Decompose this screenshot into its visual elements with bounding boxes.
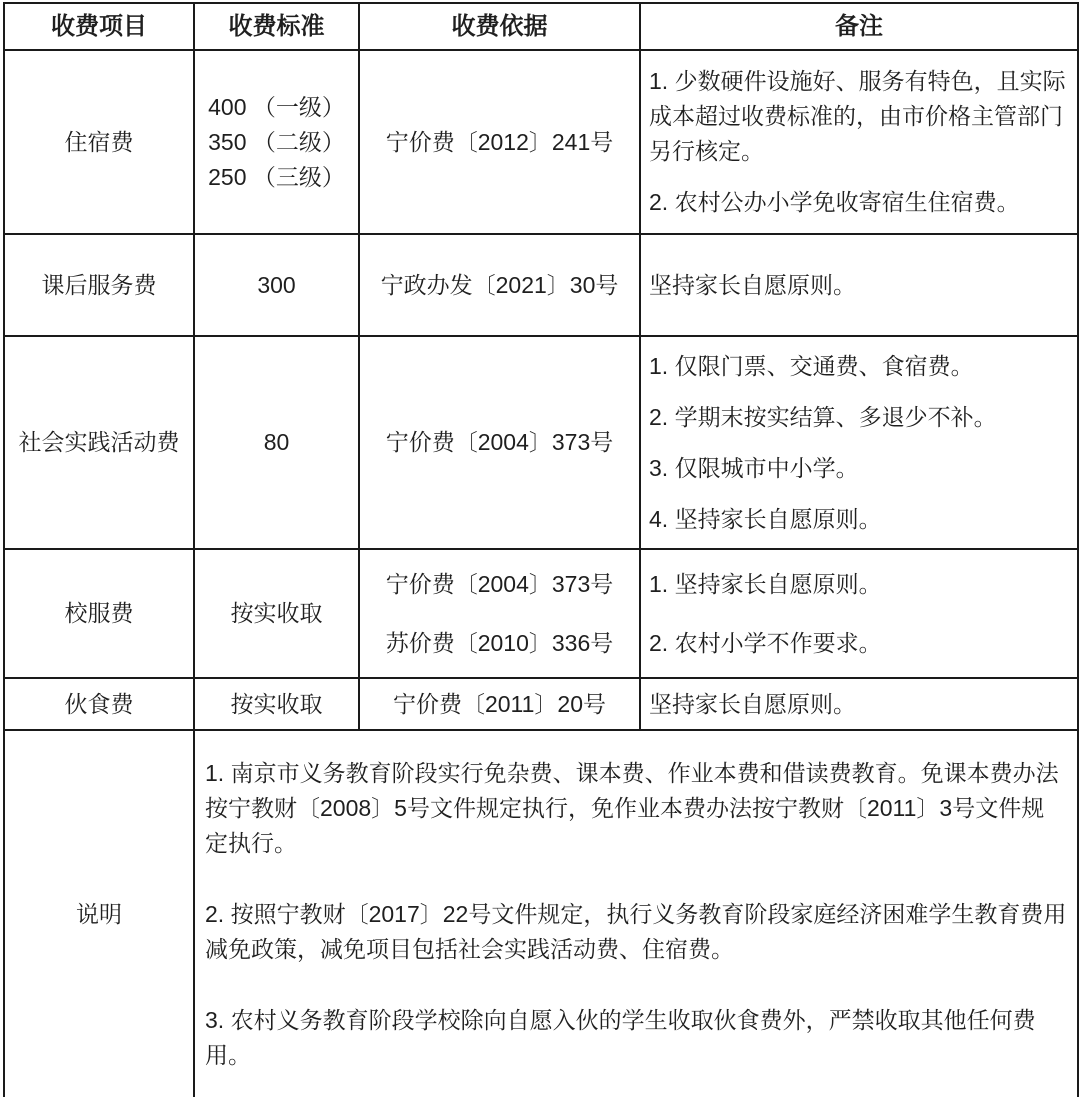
fee-basis: 宁价费〔2012〕241号 — [359, 50, 640, 234]
fee-standard: 80 — [194, 336, 359, 549]
fee-remarks: 1. 坚持家长自愿原则。 2. 农村小学不作要求。 — [640, 549, 1078, 678]
fee-standard: 按实收取 — [194, 549, 359, 678]
fee-basis: 宁价费〔2004〕373号 — [359, 336, 640, 549]
notes-label: 说明 — [4, 730, 194, 1097]
table-row-uniform: 校服费 按实收取 宁价费〔2004〕373号 苏价费〔2010〕336号 1. … — [4, 549, 1078, 678]
standard-line: 250 （三级） — [208, 160, 345, 195]
fee-basis: 宁价费〔2004〕373号 苏价费〔2010〕336号 — [359, 549, 640, 678]
note-paragraph: 2. 按照宁教财〔2017〕22号文件规定，执行义务教育阶段家庭经济困难学生教育… — [205, 897, 1067, 967]
header-basis: 收费依据 — [359, 3, 640, 50]
header-row: 收费项目 收费标准 收费依据 备注 — [4, 3, 1078, 50]
notes-row: 说明 1. 南京市义务教育阶段实行免杂费、课本费、作业本费和借读费教育。免课本费… — [4, 730, 1078, 1097]
fee-item: 校服费 — [4, 549, 194, 678]
remark-item: 3. 仅限城市中小学。 — [649, 451, 1069, 486]
note-paragraph: 3. 农村义务教育阶段学校除向自愿入伙的学生收取伙食费外，严禁收取其他任何费用。 — [205, 1003, 1067, 1073]
fee-standard: 400 （一级） 350 （二级） 250 （三级） — [194, 50, 359, 234]
fee-remarks: 1. 仅限门票、交通费、食宿费。 2. 学期末按实结算、多退少不补。 3. 仅限… — [640, 336, 1078, 549]
basis-line: 宁价费〔2004〕373号 — [368, 567, 631, 602]
table-row-social-practice: 社会实践活动费 80 宁价费〔2004〕373号 1. 仅限门票、交通费、食宿费… — [4, 336, 1078, 549]
basis-line: 苏价费〔2010〕336号 — [368, 626, 631, 661]
header-item: 收费项目 — [4, 3, 194, 50]
remark-item: 2. 农村公办小学免收寄宿生住宿费。 — [649, 185, 1069, 220]
fee-table: 收费项目 收费标准 收费依据 备注 住宿费 400 （一级） 350 （二级） … — [3, 2, 1079, 1097]
remark-item: 1. 少数硬件设施好、服务有特色，且实际成本超过收费标准的，由市价格主管部门另行… — [649, 64, 1069, 169]
fee-remarks: 1. 少数硬件设施好、服务有特色，且实际成本超过收费标准的，由市价格主管部门另行… — [640, 50, 1078, 234]
fee-basis: 宁价费〔2011〕20号 — [359, 678, 640, 730]
table-row-meals: 伙食费 按实收取 宁价费〔2011〕20号 坚持家长自愿原则。 — [4, 678, 1078, 730]
remark-item: 2. 农村小学不作要求。 — [649, 626, 1069, 661]
remark-item: 2. 学期末按实结算、多退少不补。 — [649, 400, 1069, 435]
standard-lines: 400 （一级） 350 （二级） 250 （三级） — [208, 90, 345, 195]
page: 收费项目 收费标准 收费依据 备注 住宿费 400 （一级） 350 （二级） … — [0, 0, 1080, 1097]
fee-standard: 按实收取 — [194, 678, 359, 730]
fee-remarks: 坚持家长自愿原则。 — [640, 678, 1078, 730]
remark-item: 1. 仅限门票、交通费、食宿费。 — [649, 349, 1069, 384]
standard-line: 400 （一级） — [208, 90, 345, 125]
fee-item: 住宿费 — [4, 50, 194, 234]
note-paragraph: 1. 南京市义务教育阶段实行免杂费、课本费、作业本费和借读费教育。免课本费办法按… — [205, 756, 1067, 861]
remark-item: 1. 坚持家长自愿原则。 — [649, 567, 1069, 602]
fee-basis: 宁政办发〔2021〕30号 — [359, 234, 640, 336]
fee-item: 伙食费 — [4, 678, 194, 730]
table-row-afterschool: 课后服务费 300 宁政办发〔2021〕30号 坚持家长自愿原则。 — [4, 234, 1078, 336]
header-remarks: 备注 — [640, 3, 1078, 50]
fee-remarks: 坚持家长自愿原则。 — [640, 234, 1078, 336]
remark-item: 4. 坚持家长自愿原则。 — [649, 502, 1069, 537]
fee-standard: 300 — [194, 234, 359, 336]
header-standard: 收费标准 — [194, 3, 359, 50]
fee-item: 课后服务费 — [4, 234, 194, 336]
table-row-accommodation: 住宿费 400 （一级） 350 （二级） 250 （三级） 宁价费〔2012〕… — [4, 50, 1078, 234]
standard-line: 350 （二级） — [208, 125, 345, 160]
fee-item: 社会实践活动费 — [4, 336, 194, 549]
notes-content: 1. 南京市义务教育阶段实行免杂费、课本费、作业本费和借读费教育。免课本费办法按… — [194, 730, 1078, 1097]
